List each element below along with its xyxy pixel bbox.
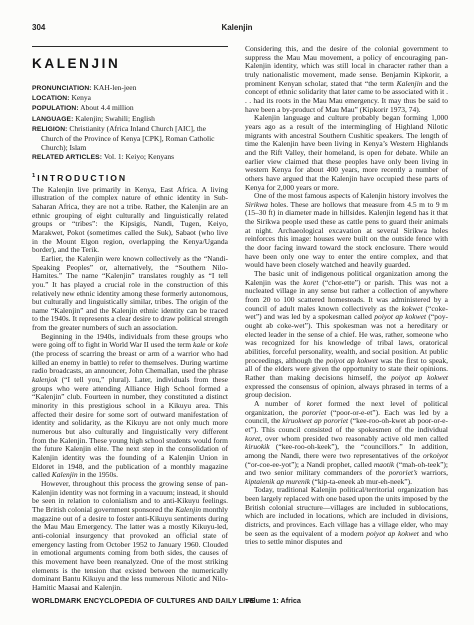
paragraph: Kalenjin language and culture probably b… <box>245 114 448 192</box>
left-column: KALENJIN PRONUNCIATION: KAH-len-jeen LOC… <box>32 46 228 592</box>
footer-volume: Volume 1: Africa <box>245 596 301 605</box>
infobox-label: RELIGION: <box>32 126 67 133</box>
running-title: Kalenjin <box>0 23 474 33</box>
paragraph: Considering this, and the desire of the … <box>245 45 448 114</box>
infobox-label: RELATED ARTICLES: <box>32 154 102 161</box>
article-title: KALENJIN <box>32 56 228 71</box>
paragraph: One of the most famous aspects of Kalenj… <box>245 192 448 270</box>
infobox-item: RELATED ARTICLES: Vol. 1: Keiyo; Kenyans <box>32 152 228 162</box>
infobox-value: Vol. 1: Keiyo; Kenyans <box>104 152 174 161</box>
infobox-label: LANGUAGE: <box>32 116 73 123</box>
infobox-value: Kenya <box>71 93 91 102</box>
paragraph: Earlier, the Kalenjin were known collect… <box>32 255 228 333</box>
paragraph: The basic unit of indigenous political o… <box>245 270 448 400</box>
paragraph: However, throughout this process the gro… <box>32 480 228 593</box>
footer-encyclopedia-title: WORLDMARK ENCYCLOPEDIA OF CULTURES AND D… <box>32 596 255 605</box>
infobox-value: About 4.4 million <box>80 103 134 112</box>
title-rule <box>32 46 228 47</box>
paragraph: Beginning in the 1940s, individuals from… <box>32 333 228 480</box>
infobox-item: LANGUAGE: Kalenjin; Swahili; English <box>32 114 228 124</box>
infobox-value: Kalenjin; Swahili; English <box>75 114 155 123</box>
infobox-value: KAH-len-jeen <box>93 83 136 92</box>
section-heading-label: INTRODUCTION <box>37 173 127 183</box>
infobox-item: LOCATION: Kenya <box>32 93 228 103</box>
paragraph: Today, traditional Kalenjin political/te… <box>245 486 448 547</box>
infobox: PRONUNCIATION: KAH-len-jeen LOCATION: Ke… <box>32 83 228 163</box>
infobox-label: PRONUNCIATION: <box>32 85 92 92</box>
infobox-item: RELIGION: Christianity (Africa Inland Ch… <box>32 124 228 153</box>
infobox-label: POPULATION: <box>32 105 79 112</box>
infobox-item: POPULATION: About 4.4 million <box>32 103 228 113</box>
paragraph: The Kalenjin live primarily in Kenya, Ea… <box>32 186 228 255</box>
right-column: Considering this, and the desire of the … <box>245 45 448 547</box>
paragraph: A number of koret formed the next level … <box>245 400 448 487</box>
section-heading: 1INTRODUCTION <box>32 173 228 183</box>
section-number: 1 <box>32 173 35 179</box>
book-page: 304 Kalenjin KALENJIN PRONUNCIATION: KAH… <box>0 0 474 625</box>
infobox-label: LOCATION: <box>32 95 70 102</box>
infobox-item: PRONUNCIATION: KAH-len-jeen <box>32 83 228 93</box>
infobox-value: Christianity (Africa Inland Church [AIC]… <box>41 124 215 152</box>
